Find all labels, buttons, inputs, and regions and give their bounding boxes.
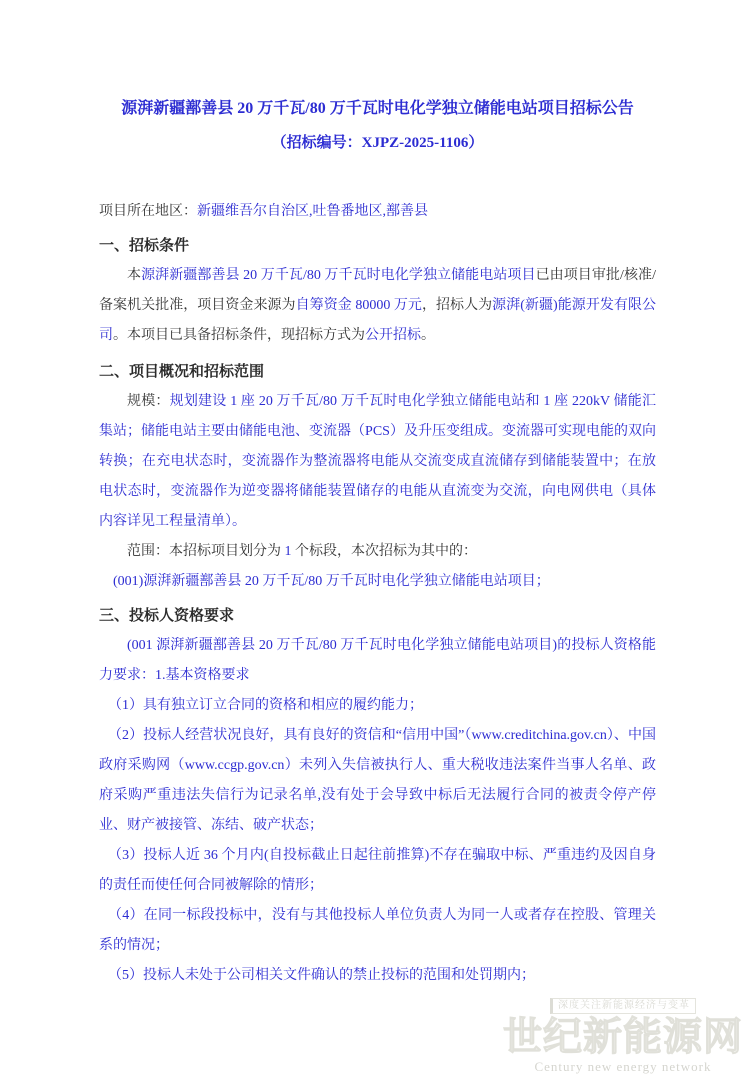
range-paragraph: 范围：本招标项目划分为 1 个标段，本次招标为其中的： bbox=[99, 537, 656, 567]
project-location-line: 项目所在地区：新疆维吾尔自治区,吐鲁番地区,鄯善县 bbox=[99, 197, 656, 227]
document-body: 源湃新疆鄯善县 20 万千瓦/80 万千瓦时电化学独立储能电站项目招标公告 （招… bbox=[99, 99, 656, 991]
scale-paragraph: 规模：规划建设 1 座 20 万千瓦/80 万千瓦时电化学独立储能电站和 1 座… bbox=[99, 387, 656, 537]
text-segment: 本 bbox=[127, 268, 141, 283]
announcement-page: 源湃新疆鄯善县 20 万千瓦/80 万千瓦时电化学独立储能电站项目招标公告 （招… bbox=[0, 0, 754, 1078]
watermark-english-caption: Century new energy network bbox=[500, 1059, 746, 1074]
text-segment: 范围：本招标项目划分为 bbox=[127, 544, 285, 559]
watermark-slogan: 深度关注新能源经济与变革 bbox=[550, 998, 696, 1014]
section-1-heading: 一、招标条件 bbox=[99, 231, 656, 261]
qualification-item-3: （3）投标人近 36 个月内(自投标截止日起往前推算)不存在骗取中标、严重违约及… bbox=[99, 841, 656, 901]
qualification-item-1: （1）具有独立订立合同的资格和相应的履约能力； bbox=[99, 691, 656, 721]
page-title: 源湃新疆鄯善县 20 万千瓦/80 万千瓦时电化学独立储能电站项目招标公告 bbox=[99, 99, 656, 119]
text-segment: 。 bbox=[421, 328, 435, 343]
section-3-heading: 三、投标人资格要求 bbox=[99, 601, 656, 631]
scale-value: 规划建设 1 座 20 万千瓦/80 万千瓦时电化学独立储能电站和 1 座 22… bbox=[99, 394, 656, 529]
location-value: 新疆维吾尔自治区,吐鲁番地区,鄯善县 bbox=[197, 204, 428, 219]
watermark-brand-logo: 世纪新能源网 bbox=[500, 1017, 746, 1059]
tender-number: （招标编号：XJPZ-2025-1106） bbox=[99, 133, 656, 153]
site-watermark: 深度关注新能源经济与变革 世纪新能源网 Century new energy n… bbox=[500, 995, 746, 1074]
text-segment: ，招标人为 bbox=[422, 298, 492, 313]
scale-label: 规模： bbox=[127, 394, 170, 409]
tender-conditions-paragraph: 本源湃新疆鄯善县 20 万千瓦/80 万千瓦时电化学独立储能电站项目已由项目审批… bbox=[99, 261, 656, 351]
qualification-item-5: （5）投标人未处于公司相关文件确认的禁止投标的范围和处罚期内； bbox=[99, 961, 656, 991]
funding-value: 自筹资金 80000 万元 bbox=[296, 298, 422, 313]
lot-count-value: 1 bbox=[285, 544, 292, 559]
project-name-value: 源湃新疆鄯善县 20 万千瓦/80 万千瓦时电化学独立储能电站项目 bbox=[141, 268, 535, 283]
location-label: 项目所在地区： bbox=[99, 204, 197, 219]
text-segment: 。本项目已具备招标条件，现招标方式为 bbox=[113, 328, 365, 343]
tender-method-value: 公开招标 bbox=[365, 328, 421, 343]
section-2-heading: 二、项目概况和招标范围 bbox=[99, 357, 656, 387]
qualification-item-4: （4）在同一标段投标中，没有与其他投标人单位负责人为同一人或者存在控股、管理关系… bbox=[99, 901, 656, 961]
qualification-intro-paragraph: (001 源湃新疆鄯善县 20 万千瓦/80 万千瓦时电化学独立储能电站项目)的… bbox=[99, 631, 656, 691]
lot-001-line: (001)源湃新疆鄯善县 20 万千瓦/80 万千瓦时电化学独立储能电站项目； bbox=[99, 567, 656, 597]
text-segment: 个标段，本次招标为其中的： bbox=[292, 544, 478, 559]
qualification-item-2: （2）投标人经营状况良好，具有良好的资信和“信用中国”（www.creditch… bbox=[99, 721, 656, 841]
